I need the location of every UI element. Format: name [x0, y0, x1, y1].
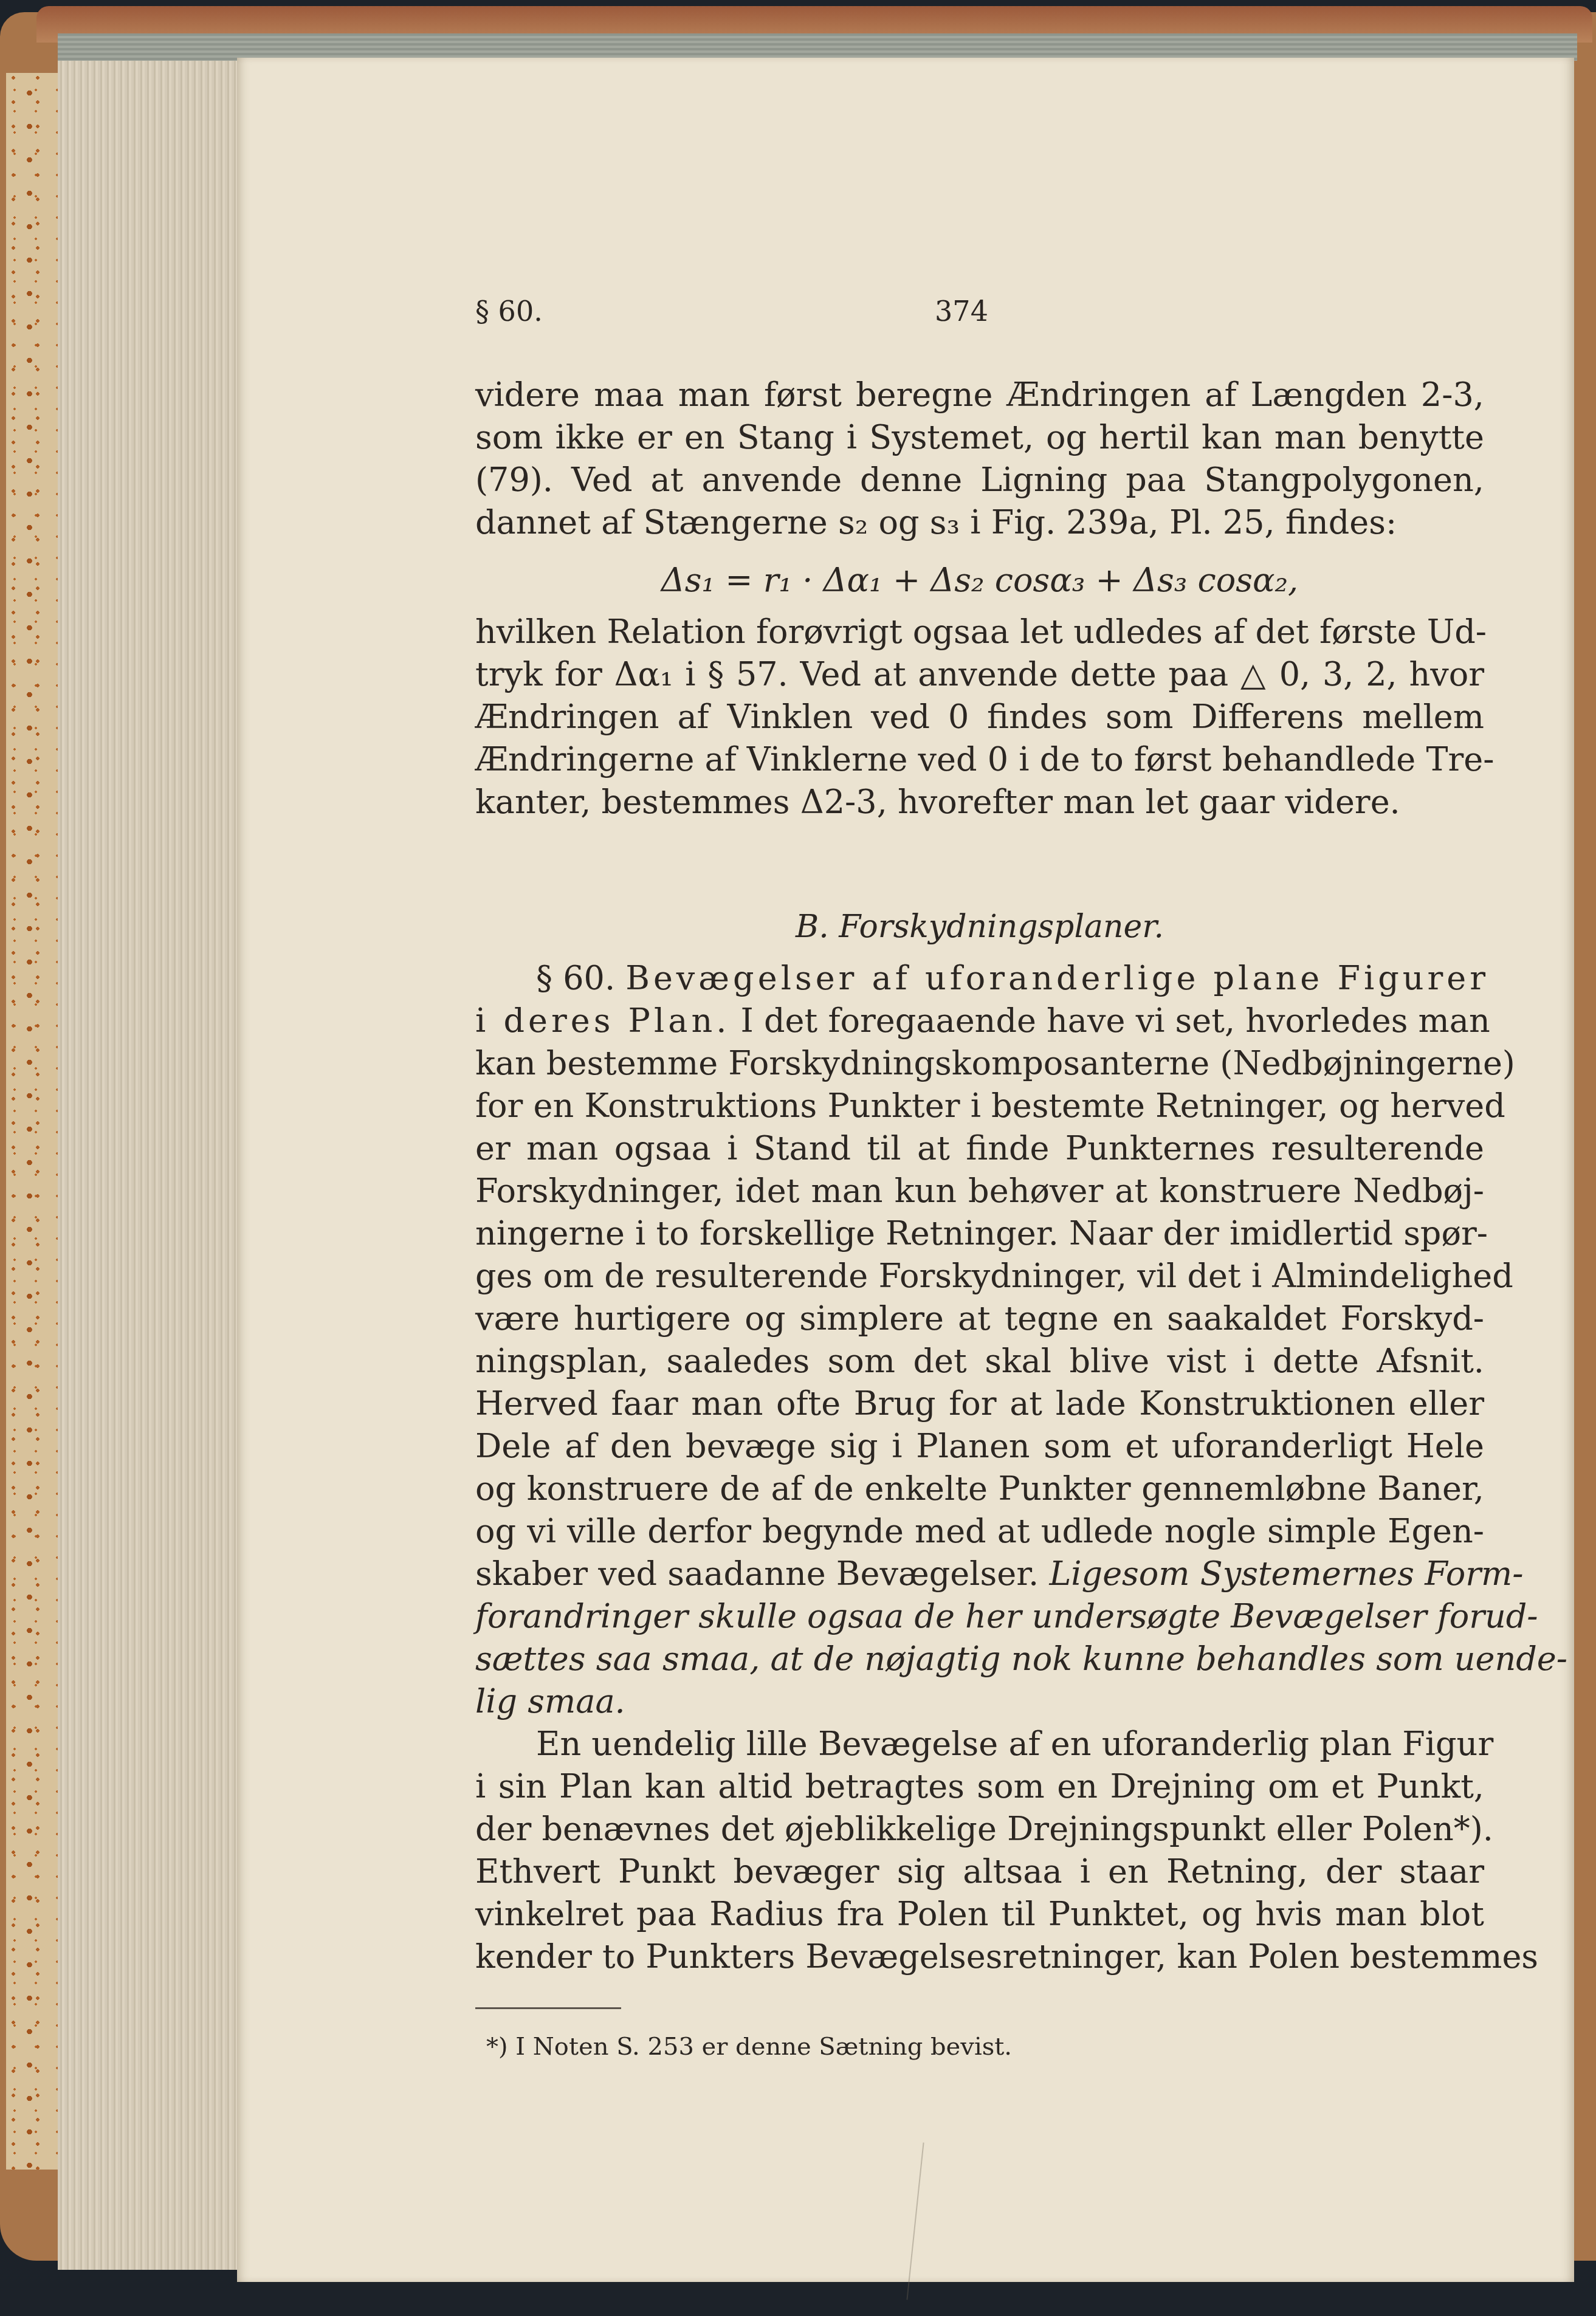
text-line: for en Konstruktions Punkter i bestemte … — [475, 1085, 1484, 1127]
section-title: Bevægelser af uforanderlige plane Figure… — [625, 959, 1489, 997]
paragraph-3: § 60. Bevægelser af uforanderlige plane … — [475, 957, 1484, 1723]
text-line: være hurtigere og simplere at tegne en s… — [475, 1297, 1484, 1340]
text-line: kan bestemme Forskydningskomposanterne (… — [475, 1042, 1484, 1085]
paper-crease — [906, 2143, 924, 2300]
text-line: videre maa man først beregne Ændringen a… — [475, 374, 1484, 416]
text-line: i deres Plan. I det foregaaende have vi … — [475, 1000, 1484, 1042]
text-line: i sin Plan kan altid betragtes som en Dr… — [475, 1765, 1484, 1808]
text-line: En uendelig lille Bevægelse af en uforan… — [475, 1723, 1484, 1765]
italic-line: forandringer skulle ogsaa de her undersø… — [475, 1595, 1484, 1638]
text-line: som ikke er en Stang i Systemet, og hert… — [475, 416, 1484, 459]
page-stack-edge — [58, 33, 252, 2270]
italic-span: Ligesom Systemernes Form- — [1049, 1555, 1523, 1593]
text-line: der benævnes det øjeblikkelige Drejnings… — [475, 1808, 1484, 1850]
text-line: tryk for Δα₁ i § 57. Ved at anvende dett… — [475, 653, 1484, 696]
paragraph-4: En uendelig lille Bevægelse af en uforan… — [475, 1723, 1484, 1978]
text-line: dannet af Stængerne s₂ og s₃ i Fig. 239a… — [475, 501, 1484, 544]
text-line: Ændringerne af Vinklerne ved 0 i de to f… — [475, 738, 1484, 781]
italic-line: lig smaa. — [475, 1680, 1484, 1723]
text-line: skaber ved saadanne Bevægelser. Ligesom … — [475, 1553, 1484, 1595]
text-span: I det foregaaende have vi set, hvorledes… — [741, 1002, 1490, 1040]
text-line: og konstruere de af de enkelte Punkter g… — [475, 1468, 1484, 1510]
text-line: ningerne i to forskellige Retninger. Naa… — [475, 1212, 1484, 1255]
text-line: vinkelret paa Radius fra Polen til Punkt… — [475, 1893, 1484, 1936]
section-title-cont: i deres Plan. — [475, 1002, 730, 1040]
text-line: Ændringen af Vinklen ved 0 findes som Di… — [475, 696, 1484, 738]
section-number: § 60. — [536, 959, 615, 997]
section-heading: B. Forskydningsplaner. — [475, 905, 1484, 948]
marbled-edge — [6, 73, 64, 2170]
text-line: ges om de resulterende Forskydninger, vi… — [475, 1255, 1484, 1297]
text-line: kanter, bestemmes Δ2-3, hvorefter man le… — [475, 781, 1484, 823]
paragraph-2: hvilken Relation forøvrigt ogsaa let udl… — [475, 611, 1484, 823]
text-line: er man ogsaa i Stand til at finde Punkte… — [475, 1127, 1484, 1170]
text-line: Ethvert Punkt bevæger sig altsaa i en Re… — [475, 1850, 1484, 1893]
text-line: § 60. Bevægelser af uforanderlige plane … — [475, 957, 1484, 1000]
page-number: 374 — [935, 295, 988, 328]
text-line: Herved faar man ofte Brug for at lade Ko… — [475, 1383, 1484, 1425]
text-line: ningsplan, saaledes som det skal blive v… — [475, 1340, 1484, 1383]
text-line: Forskydninger, idet man kun behøver at k… — [475, 1170, 1484, 1212]
equation: Δs₁ = r₁ · Δα₁ + Δs₂ cosα₃ + Δs₃ cosα₂, — [475, 559, 1484, 602]
text-span: skaber ved saadanne Bevægelser. — [475, 1555, 1039, 1593]
italic-line: sættes saa smaa, at de nøjagtig nok kunn… — [475, 1638, 1484, 1680]
paragraph-1: videre maa man først beregne Ændringen a… — [475, 374, 1484, 544]
text-line: (79). Ved at anvende denne Ligning paa S… — [475, 459, 1484, 501]
footnote-divider — [475, 2007, 621, 2009]
footnote: *) I Noten S. 253 er denne Sætning bevis… — [486, 2033, 1012, 2061]
text-line: Dele af den bevæge sig i Planen som et u… — [475, 1425, 1484, 1468]
text-line: kender to Punkters Bevægelsesretninger, … — [475, 1936, 1484, 1978]
running-header: § 60. 374 — [475, 295, 1484, 337]
text-line: hvilken Relation forøvrigt ogsaa let udl… — [475, 611, 1484, 653]
section-reference: § 60. — [475, 295, 543, 328]
page-stack-top-edge — [58, 33, 1577, 61]
text-line: og vi ville derfor begynde med at udlede… — [475, 1510, 1484, 1553]
